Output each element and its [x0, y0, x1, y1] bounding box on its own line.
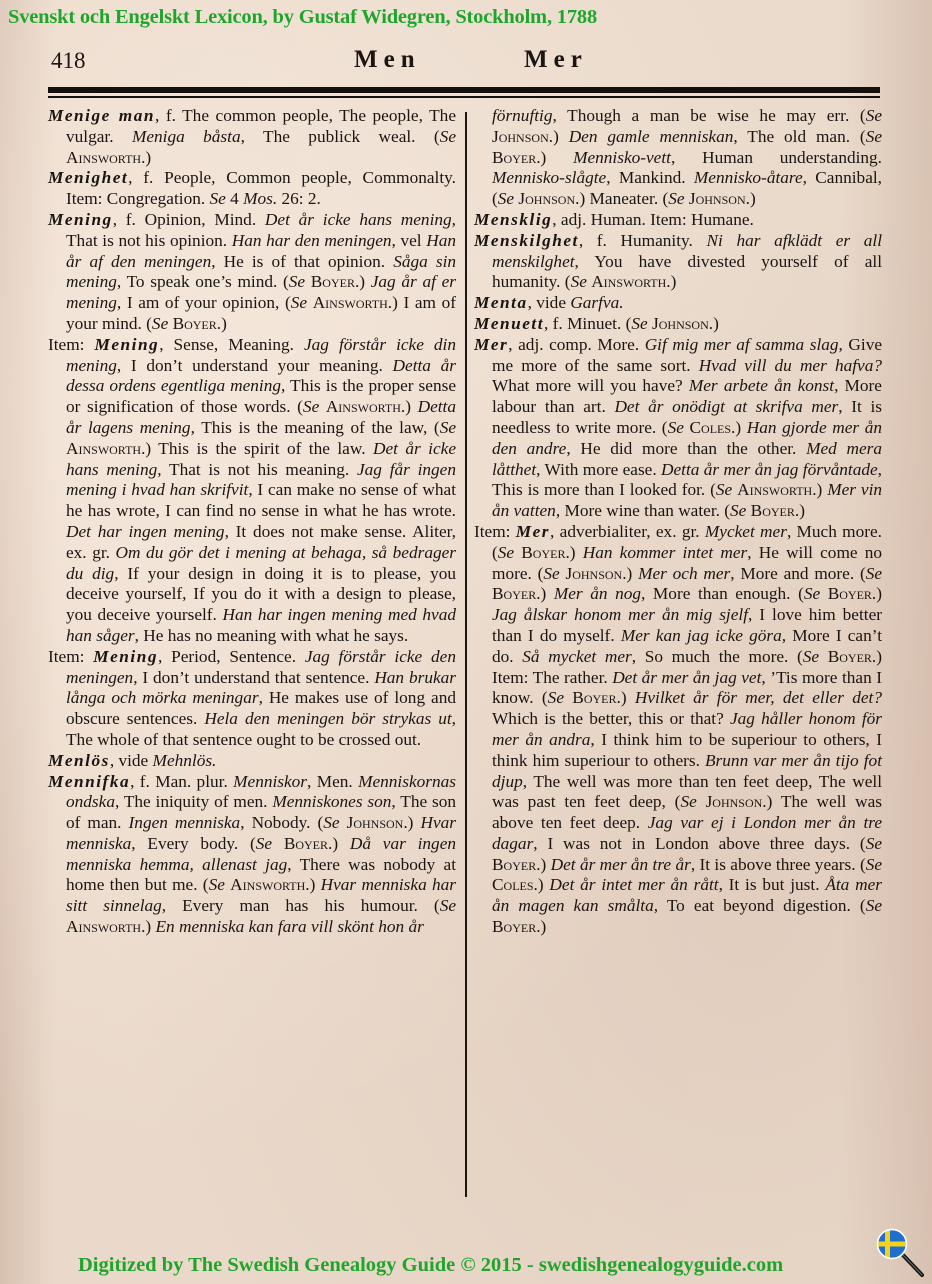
- example: Mennisko-vett: [573, 148, 671, 167]
- definition: ): [713, 314, 719, 333]
- definition: , Period, Sentence.: [158, 647, 305, 666]
- example: Det har ingen mening: [66, 522, 225, 541]
- definition: , adj. comp. More.: [508, 335, 644, 354]
- definition: , f. Minuet. (: [544, 314, 631, 333]
- entry-item-mening-sense: Item: Mening, Sense, Meaning. Jag förstå…: [48, 335, 456, 647]
- guide-word-left: Men: [354, 46, 421, 74]
- guide-word-right: Mer: [524, 46, 588, 74]
- source: Boyer.: [572, 688, 621, 707]
- see-ref: Se: [543, 564, 559, 583]
- see-ref: Se: [866, 127, 882, 146]
- definition: ) Maneater. (: [579, 189, 668, 208]
- source: Ainsworth.: [66, 439, 145, 458]
- left-column: Menige man, f. The common people, The pe…: [48, 106, 456, 938]
- definition: ): [310, 875, 321, 894]
- see-ref: Se: [668, 418, 684, 437]
- source: Boyer.: [492, 584, 541, 603]
- see-ref: Se: [323, 813, 339, 832]
- example: Det år icke hans mening: [265, 210, 452, 229]
- see-ref: Se: [866, 834, 882, 853]
- definition: ): [876, 584, 882, 603]
- source: Johnson.: [492, 127, 553, 146]
- example: Hvad vill du mer hafva?: [699, 356, 882, 375]
- example: Hvilket år för mer, det eller det?: [635, 688, 882, 707]
- right-column: förnuftig, Though a man be wise he may e…: [474, 106, 882, 938]
- source: Ainsworth.: [66, 148, 145, 167]
- definition: , f. Opinion, Mind.: [113, 210, 265, 229]
- definition: , He did more than the other.: [566, 439, 806, 458]
- headword: Mening: [93, 647, 158, 666]
- see-ref: Se: [866, 564, 882, 583]
- example: Hela den meningen bör strykas ut: [204, 709, 451, 728]
- entry-menniska: Mennifka, f. Man. plur. Menniskor, Men. …: [48, 772, 456, 938]
- item-label: Item:: [474, 522, 516, 541]
- see-ref: Se: [256, 834, 272, 853]
- example: Så mycket mer: [522, 647, 631, 666]
- item-label: Item:: [48, 647, 93, 666]
- see-ref: Se: [209, 875, 225, 894]
- source: Boyer.: [311, 272, 360, 291]
- definition: , More than enough. (: [641, 584, 804, 603]
- example: Mennisko-slågte: [492, 168, 606, 187]
- example: Jag ålskar honom mer ån mig sjelf: [492, 605, 748, 624]
- entry-menuett: Menuett, f. Minuet. (Se Johnson.): [474, 314, 882, 335]
- definition: , Sense, Meaning.: [159, 335, 304, 354]
- source: Johnson.: [565, 564, 626, 583]
- example: Mer ån nog: [554, 584, 641, 603]
- see-ref: Se: [498, 543, 514, 562]
- header-rule-thin: [48, 96, 880, 98]
- headword: Mening: [95, 335, 160, 354]
- banner-top: Svenskt och Engelskt Lexicon, by Gustaf …: [8, 6, 597, 29]
- see-ref: Se: [668, 189, 684, 208]
- definition: , vel: [392, 231, 427, 250]
- example: Mer och mer: [638, 564, 730, 583]
- definition: , adj. Human. Item: Humane.: [552, 210, 754, 229]
- headword: Menighet: [48, 168, 128, 187]
- headword: Menige man: [48, 106, 155, 125]
- definition: ): [621, 688, 635, 707]
- definition: , Every man has his humour. (: [162, 896, 440, 915]
- see-ref: Se: [730, 501, 746, 520]
- see-ref: Se: [210, 189, 226, 208]
- entry-item-mer-adverb: Item: Mer, adverbialiter, ex. gr. Mycket…: [474, 522, 882, 938]
- example: Menniskones son: [272, 792, 391, 811]
- example: Detta år mer ån jag förvåntade: [661, 460, 878, 479]
- see-ref: Se: [631, 314, 647, 333]
- definition: , Though a man be wise he may err. (: [553, 106, 866, 125]
- see-ref: Se: [291, 293, 307, 312]
- definition: ): [408, 813, 421, 832]
- definition: , Mankind.: [606, 168, 694, 187]
- example: Meniga båsta: [132, 127, 241, 146]
- definition: , More wine than water. (: [556, 501, 730, 520]
- definition: ): [221, 314, 227, 333]
- source: Ainsworth.: [66, 917, 145, 936]
- definition: , f. Humanity.: [579, 231, 707, 250]
- source: Boyer.: [492, 855, 541, 874]
- definition: , To speak one’s mind. (: [117, 272, 289, 291]
- definition: Which is the better, this or that?: [492, 709, 730, 728]
- definition: ): [541, 917, 547, 936]
- source: Johnson.: [347, 813, 408, 832]
- definition: ): [799, 501, 805, 520]
- definition: ): [735, 418, 746, 437]
- definition: ): [359, 272, 370, 291]
- example: Mycket mer: [705, 522, 787, 541]
- see-ref: Se: [440, 127, 456, 146]
- see-ref: Se: [571, 272, 587, 291]
- example: Det år mer ån tre år: [551, 855, 691, 874]
- header-rule-thick: [48, 87, 880, 93]
- source: Ainsworth.: [737, 480, 816, 499]
- see-ref: Se: [680, 792, 696, 811]
- definition: ): [750, 189, 756, 208]
- entry-menniska-continued: förnuftig, Though a man be wise he may e…: [474, 106, 882, 210]
- definition: , It is but just.: [719, 875, 826, 894]
- definition: , Nobody. (: [240, 813, 323, 832]
- example: Mer kan jag icke göra: [621, 626, 782, 645]
- source: Boyer.: [751, 501, 800, 520]
- entry-menlos: Menlös, vide Mehnlös.: [48, 751, 456, 772]
- see-ref: Se: [548, 688, 564, 707]
- see-ref: Se: [866, 855, 882, 874]
- headword: Mensklig: [474, 210, 552, 229]
- definition: , vide: [528, 293, 571, 312]
- definition: ): [145, 148, 151, 167]
- source: Coles.: [690, 418, 736, 437]
- entry-menige-man: Menige man, f. The common people, The pe…: [48, 106, 456, 168]
- see-ref: Se: [804, 584, 820, 603]
- definition: , That is not his meaning.: [157, 460, 357, 479]
- example: Det år intet mer ån rått: [549, 875, 718, 894]
- entry-menskilghet: Menskilghet, f. Humanity. Ni har afklädt…: [474, 231, 882, 293]
- entry-item-mening-period: Item: Mening, Period, Sentence. Jag förs…: [48, 647, 456, 751]
- source: Boyer.: [492, 148, 541, 167]
- example: Det år mer ån jag vet: [612, 668, 761, 687]
- definition: , More and more. (: [730, 564, 865, 583]
- see-ref: Se: [803, 647, 819, 666]
- definition: , I don’t understand that sentence.: [133, 668, 374, 687]
- entry-mensklig: Mensklig, adj. Human. Item: Humane.: [474, 210, 882, 231]
- definition: ): [541, 584, 554, 603]
- source: Ainsworth.: [230, 875, 309, 894]
- definition: , Men.: [307, 772, 358, 791]
- headword: Menlös: [48, 751, 110, 770]
- definition: , I don’t understand your meaning.: [117, 356, 393, 375]
- column-divider: [465, 112, 467, 1197]
- see-ref: Se: [716, 480, 732, 499]
- headword: Menta: [474, 293, 528, 312]
- entry-menta: Menta, vide Garfva.: [474, 293, 882, 314]
- entry-menighet: Menighet, f. People, Common people, Comm…: [48, 168, 456, 210]
- headword: Menskilghet: [474, 231, 579, 250]
- definition: ): [553, 127, 569, 146]
- source: Boyer.: [828, 584, 877, 603]
- banner-bottom: Digitized by The Swedish Genealogy Guide…: [78, 1254, 783, 1277]
- definition: , Every body. (: [131, 834, 255, 853]
- source: Boyer.: [828, 647, 877, 666]
- cross-reference: Garfva.: [570, 293, 623, 312]
- example: Gif mig mer af samma slag: [645, 335, 839, 354]
- headword: Mennifka: [48, 772, 130, 791]
- definition: , To eat beyond digestion. (: [654, 896, 866, 915]
- running-head: 418 Men Mer: [0, 44, 932, 84]
- source: Johnson.: [518, 189, 579, 208]
- definition: ): [627, 564, 639, 583]
- page-number: 418: [51, 48, 86, 74]
- source: Boyer.: [492, 917, 541, 936]
- definition: , Human understanding.: [671, 148, 882, 167]
- entry-mer-adj: Mer, adj. comp. More. Gif mig mer af sam…: [474, 335, 882, 522]
- see-ref: Se: [866, 106, 882, 125]
- definition: ): [570, 543, 583, 562]
- example: förnuftig: [492, 106, 553, 125]
- example: En menniska kan fara vill skönt hon år: [156, 917, 424, 936]
- see-ref: Se: [440, 896, 456, 915]
- source: Ainsworth.: [313, 293, 392, 312]
- definition: , I was not in London above three days. …: [533, 834, 865, 853]
- definition: ): [405, 397, 417, 416]
- definition: ): [817, 480, 828, 499]
- example: Han har den meningen: [232, 231, 392, 250]
- example: Det år onödigt at skrifva mer: [614, 397, 838, 416]
- source: Ainsworth.: [326, 397, 405, 416]
- see-ref: Se: [498, 189, 514, 208]
- definition: ): [541, 148, 574, 167]
- example: Han kommer intet mer: [583, 543, 748, 562]
- definition: , He has no meaning with what he says.: [135, 626, 409, 645]
- definition: ): [538, 875, 550, 894]
- definition: , f. Man. plur.: [130, 772, 233, 791]
- definition: What more will you have?: [492, 376, 689, 395]
- cross-reference: Mehnlös.: [153, 751, 217, 770]
- definition: , It is above three years. (: [691, 855, 866, 874]
- source: Boyer.: [173, 314, 222, 333]
- see-ref: Se: [303, 397, 319, 416]
- definition: , He is of that opinion.: [211, 252, 393, 271]
- definition: ): [332, 834, 350, 853]
- source: Johnson.: [652, 314, 713, 333]
- example: Mos.: [243, 189, 277, 208]
- definition: , The iniquity of men.: [115, 792, 272, 811]
- item-label: Item:: [48, 335, 95, 354]
- entry-mening: Mening, f. Opinion, Mind. Det år icke ha…: [48, 210, 456, 335]
- definition: 26: 2.: [277, 189, 321, 208]
- see-ref: Se: [289, 272, 305, 291]
- definition: , I am of your opinion, (: [117, 293, 291, 312]
- example: Mennisko-åtare: [694, 168, 803, 187]
- definition: , This is the meaning of the law, (: [191, 418, 440, 437]
- definition: ): [145, 917, 155, 936]
- source: Johnson.: [689, 189, 750, 208]
- see-ref: Se: [440, 418, 456, 437]
- source: Boyer.: [521, 543, 570, 562]
- example: Mer arbete ån konst: [689, 376, 834, 395]
- swedish-flag-magnifier-icon: [876, 1228, 926, 1278]
- source: Coles.: [492, 875, 538, 894]
- definition: ): [671, 272, 677, 291]
- source: Johnson.: [706, 792, 767, 811]
- definition: , So much the more. (: [632, 647, 803, 666]
- example: Ingen menniska: [129, 813, 241, 832]
- definition: 4: [226, 189, 243, 208]
- headword: Menuett: [474, 314, 544, 333]
- definition: , The old man. (: [733, 127, 865, 146]
- see-ref: Se: [866, 896, 882, 915]
- headword: Mer: [516, 522, 550, 541]
- source: Boyer.: [284, 834, 333, 853]
- see-ref: Se: [152, 314, 168, 333]
- definition: , vide: [110, 751, 153, 770]
- headword: Mer: [474, 335, 508, 354]
- example: Den gamle menniskan: [569, 127, 734, 146]
- definition: , adverbialiter, ex. gr.: [550, 522, 705, 541]
- source: Ainsworth.: [591, 272, 670, 291]
- example: Menniskor: [233, 772, 307, 791]
- definition: , The publick weal. (: [241, 127, 440, 146]
- definition: ): [541, 855, 551, 874]
- definition: ) This is the spirit of the law.: [145, 439, 373, 458]
- definition: , With more ease.: [536, 460, 661, 479]
- headword: Mening: [48, 210, 113, 229]
